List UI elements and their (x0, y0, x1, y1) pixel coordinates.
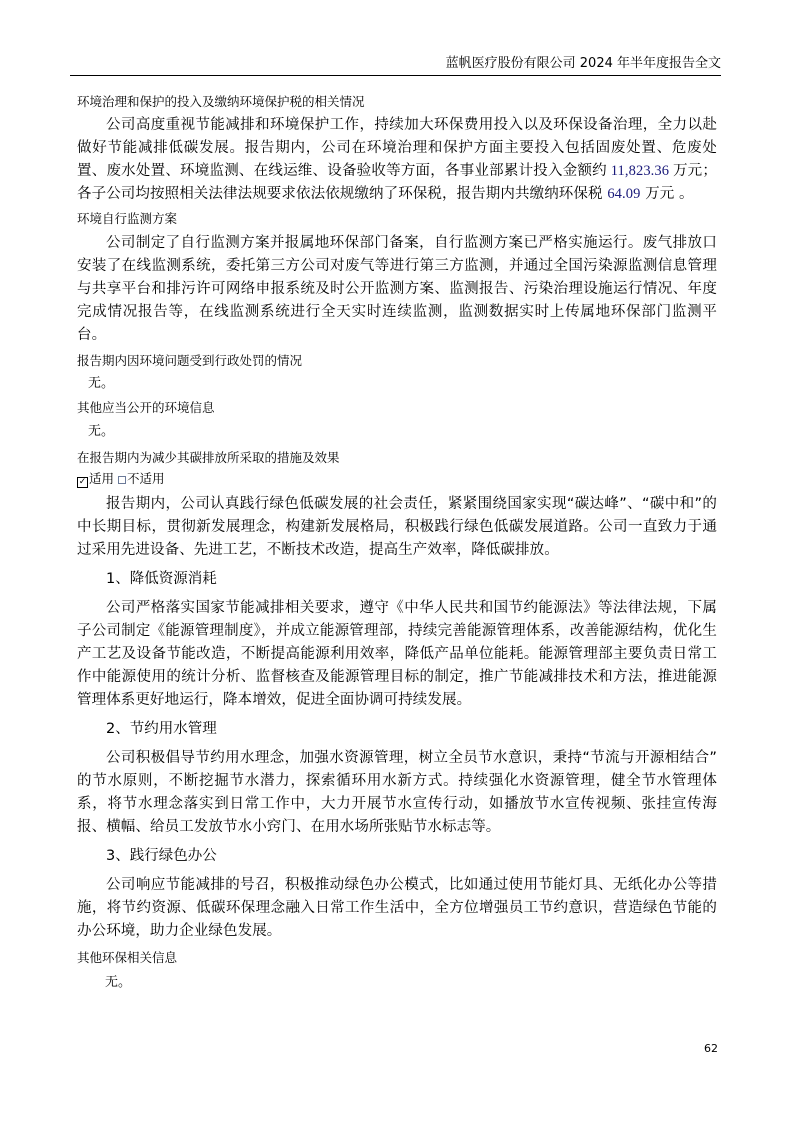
section-heading-monitoring: 环境自行监测方案 (77, 211, 717, 227)
page-number: 62 (704, 1042, 718, 1055)
carbon-intro-paragraph: 报告期内，公司认真践行绿色低碳发展的社会责任，紧紧围绕国家实现“碳达峰”、“碳中… (77, 493, 717, 562)
not-applicable-label: 不适用 (127, 471, 165, 486)
section-heading-other-disclosure: 其他应当公开的环境信息 (77, 400, 717, 416)
env-invest-paragraph: 公司高度重视节能减排和环境保护工作，持续加大环保费用投入以及环保设备治理，全力以… (77, 114, 717, 206)
penalty-value: 无。 (77, 376, 717, 392)
page-header: 蓝帆医疗股份有限公司 2024 年半年度报告全文 (70, 56, 721, 76)
section-heading-other-env: 其他环保相关信息 (77, 950, 717, 966)
report-title: 蓝帆医疗股份有限公司 2024 年半年度报告全文 (446, 56, 721, 71)
other-env-value: 无。 (77, 975, 717, 991)
carbon-item-title-3: 3、践行绿色办公 (77, 845, 717, 868)
page-body: 环境治理和保护的投入及缴纳环境保护税的相关情况 公司高度重视节能减排和环境保护工… (77, 94, 717, 991)
carbon-item-paragraph-3: 公司响应节能减排的号召，积极推动绿色办公模式，比如通过使用节能灯具、无纸化办公等… (77, 874, 717, 943)
applicability-row: ✓适用 不适用 (77, 471, 717, 488)
monitoring-paragraph: 公司制定了自行监测方案并报属地环保部门备案，自行监测方案已严格实施运行。废气排放… (77, 232, 717, 347)
invest-amount: 11,823.36 (607, 163, 673, 179)
not-applicable-checkbox[interactable] (118, 476, 126, 484)
carbon-item-paragraph-1: 公司严格落实国家节能减排相关要求，遵守《中华人民共和国节约能源法》等法律法规，下… (77, 597, 717, 712)
carbon-item-title-2: 2、节约用水管理 (77, 718, 717, 741)
section-heading-env-invest: 环境治理和保护的投入及缴纳环境保护税的相关情况 (77, 94, 717, 110)
section-heading-carbon: 在报告期内为减少其碳排放所采取的措施及效果 (77, 450, 717, 466)
carbon-item-title-1: 1、降低资源消耗 (77, 568, 717, 591)
section-heading-penalty: 报告期内因环境问题受到行政处罚的情况 (77, 353, 717, 369)
text-fragment: 万元 。 (640, 186, 693, 202)
applicable-label: 适用 (89, 471, 114, 486)
carbon-item-paragraph-2: 公司积极倡导节约用水理念，加强水资源管理，树立全员节水意识，秉持“节流与开源相结… (77, 747, 717, 839)
applicable-checkbox[interactable]: ✓ (77, 477, 88, 488)
other-disclosure-value: 无。 (77, 424, 717, 440)
tax-amount: 64.09 (607, 186, 640, 202)
